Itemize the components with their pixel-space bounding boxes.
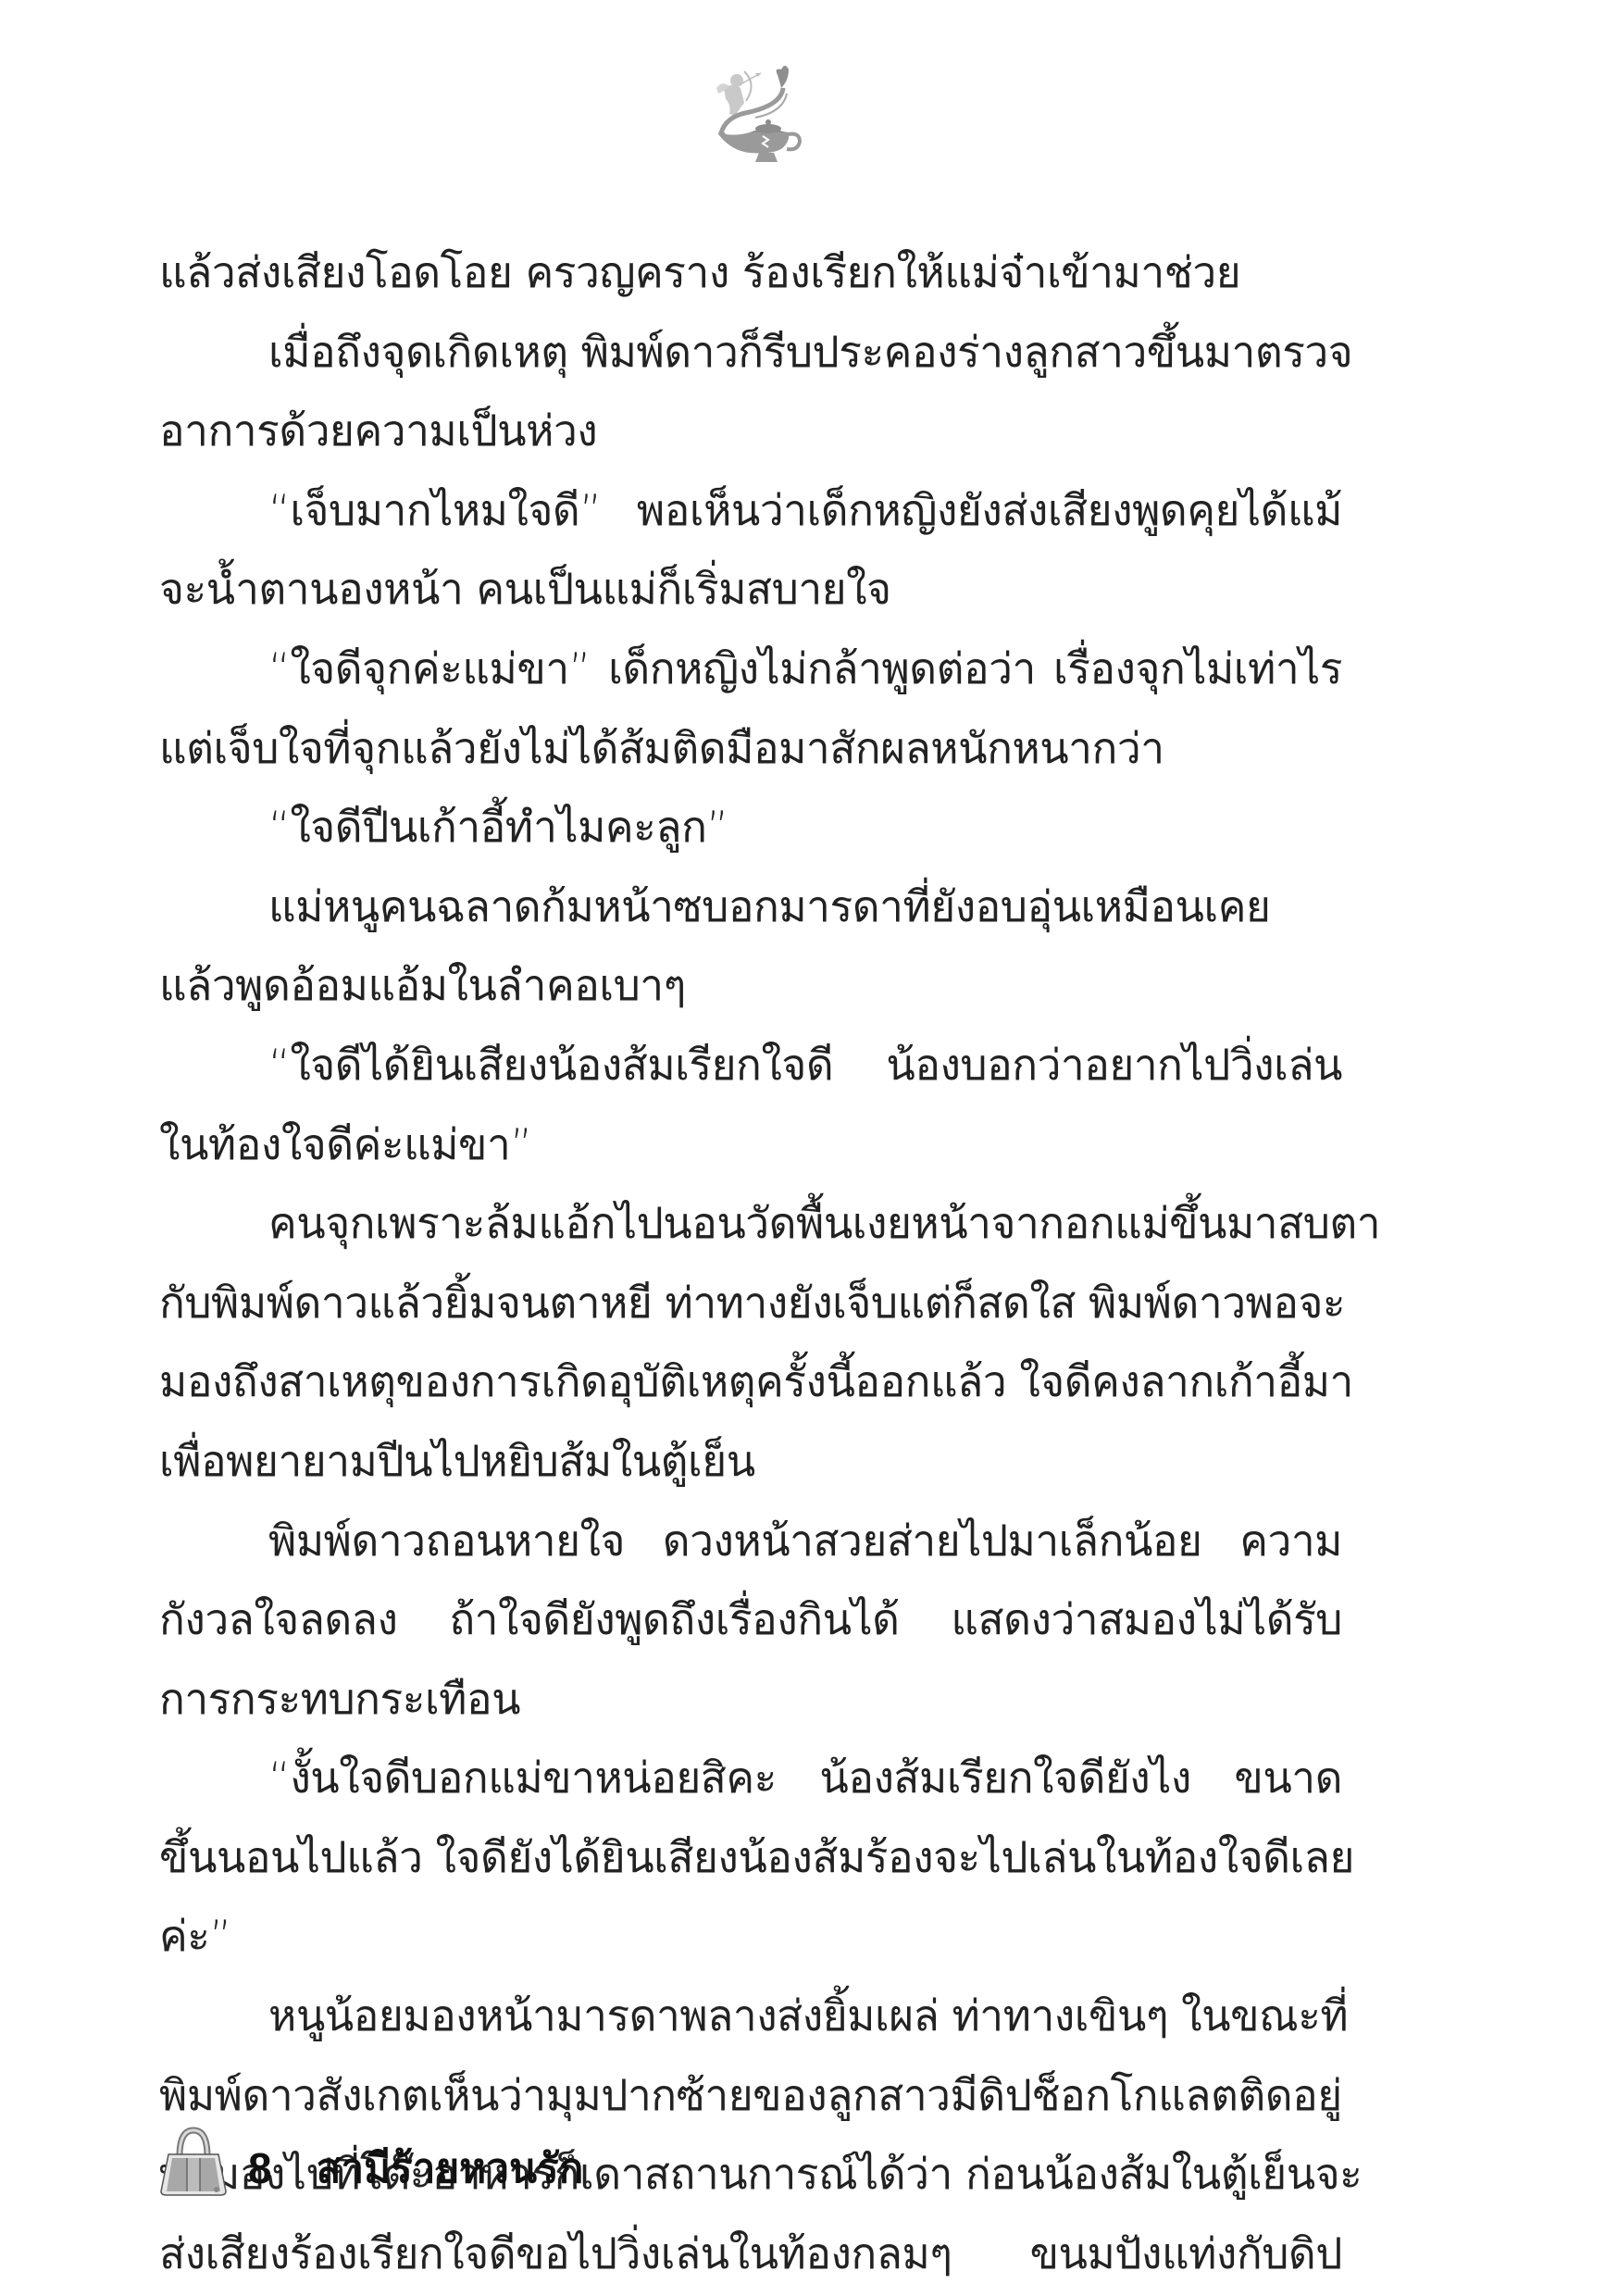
text-line: จะน้ำตานองหน้า คนเป็นแม่ก็เริ่มสบายใจ xyxy=(159,550,1342,630)
body-text: แล้วส่งเสียงโอดโอย ครวญคราง ร้องเรียกให้… xyxy=(159,233,1342,2293)
text-line: แต่เจ็บใจที่จุกแล้วยังไม่ได้ส้มติดมือมาส… xyxy=(159,709,1342,789)
text-line: คนจุกเพราะล้มแอ้กไปนอนวัดพื้นเงยหน้าจากอ… xyxy=(159,1184,1342,1264)
text-line: “เจ็บมากไหมใจดี” พอเห็นว่าเด็กหญิงยังส่ง… xyxy=(159,471,1342,551)
book-page: แล้วส่งเสียงโอดโอย ครวญคราง ร้องเรียกให้… xyxy=(0,0,1618,2296)
book-title: สามีร้ายหวนรัก xyxy=(317,2136,584,2201)
text-line: หนูน้อยมองหน้ามารดาพลางส่งยิ้มเผล่ ท่าทา… xyxy=(159,1977,1342,2056)
text-line: แม่หนูคนฉลาดก้มหน้าซบอกมารดาที่ยังอบอุ่น… xyxy=(159,867,1342,947)
text-line: อาการด้วยความเป็นห่วง xyxy=(159,392,1342,471)
text-line: “ใจดีได้ยินเสียงน้องส้มเรียกใจดี น้องบอก… xyxy=(159,1026,1342,1105)
text-line: ค่ะ” xyxy=(159,1897,1342,1977)
text-line: มองถึงสาเหตุของการเกิดอุบัติเหตุครั้งนี้… xyxy=(159,1342,1342,1422)
text-line: พิมพ์ดาวถอนหายใจ ดวงหน้าสวยส่ายไปมาเล็กน… xyxy=(159,1502,1342,1581)
cupid-genie-lamp-icon xyxy=(703,60,815,171)
text-line: ขึ้นนอนไปแล้ว ใจดียังได้ยินเสียงน้องส้มร… xyxy=(159,1818,1342,1898)
text-line: แล้วพูดอ้อมแอ้มในลำคอเบาๆ xyxy=(159,946,1342,1026)
text-line: แล้วส่งเสียงโอดโอย ครวญคราง ร้องเรียกให้… xyxy=(159,233,1342,313)
text-line: “ใจดีจุกค่ะแม่ขา” เด็กหญิงไม่กล้าพูดต่อว… xyxy=(159,630,1342,709)
text-line: กับพิมพ์ดาวแล้วยิ้มจนตาหยี ท่าทางยังเจ็บ… xyxy=(159,1264,1342,1343)
text-line: ส่งเสียงร้องเรียกใจดีขอไปวิ่งเล่นในท้องก… xyxy=(159,2215,1342,2294)
text-line: เมื่อถึงจุดเกิดเหตุ พิมพ์ดาวก็รีบประคองร… xyxy=(159,313,1342,393)
text-line: ในท้องใจดีค่ะแม่ขา” xyxy=(159,1105,1342,1185)
handbag-icon xyxy=(159,2125,228,2199)
text-line: กังวลใจลดลง ถ้าใจดียังพูดถึงเรื่องกินได้… xyxy=(159,1580,1342,1660)
page-footer: 8 สามีร้ายหวนรัก xyxy=(159,2120,583,2203)
text-line: การกระทบกระเทือน xyxy=(159,1660,1342,1740)
text-line: “ใจดีปีนเก้าอี้ทำไมคะลูก” xyxy=(159,788,1342,867)
text-line: เพื่อพยายามปีนไปหยิบส้มในตู้เย็น xyxy=(159,1422,1342,1502)
page-number: 8 xyxy=(248,2143,272,2193)
text-line: “งั้นใจดีบอกแม่ขาหน่อยสิคะ น้องส้มเรียกใ… xyxy=(159,1739,1342,1818)
